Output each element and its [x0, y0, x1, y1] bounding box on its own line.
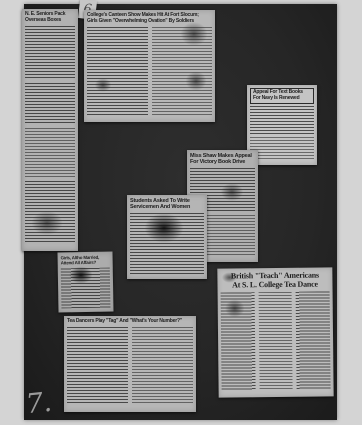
headline-line: For Navy Is Renewed	[253, 96, 311, 102]
body-text	[250, 137, 314, 159]
headline: N. E. Seniors Pack Overseas Boxes	[25, 12, 75, 24]
body-text	[87, 27, 148, 115]
clipping-students-write-servicemen: Students Asked To Write Servicemen And W…	[127, 195, 207, 279]
headline: British "Teach" Americans At S. L. Colle…	[220, 270, 329, 290]
handwritten-page-number: 7.	[25, 389, 53, 419]
body-text	[25, 128, 75, 178]
body-text	[296, 291, 331, 389]
headline: Appeal For Text Books For Navy Is Renewe…	[250, 88, 314, 104]
scrapbook-photo: { "scrapbook": { "page_number": "7.", "c…	[0, 0, 362, 425]
body-text	[221, 292, 256, 390]
headline-line: Servicemen And Women	[130, 204, 204, 210]
headline-line: At S. L. College Tea Dance	[220, 280, 329, 291]
body-text	[25, 83, 75, 125]
body-text	[152, 27, 213, 115]
headline-line: Tea Dancers Play "Tag" And "What's Your …	[67, 319, 193, 325]
body-text	[132, 327, 193, 405]
headline: Girls, Altho Married, Attend All Affairs…	[61, 255, 110, 266]
body-text	[130, 213, 204, 275]
clipping-tea-dancers-tag: Tea Dancers Play "Tag" And "What's Your …	[64, 316, 196, 412]
body-text	[61, 267, 111, 308]
headline: Miss Shaw Makes Appeal For Victory Book …	[190, 153, 255, 166]
headline-line: Attend All Affairs?	[61, 260, 110, 266]
headline-line: Girls Given "Overwhelming Ovation" By So…	[87, 19, 212, 25]
body-text	[25, 181, 75, 243]
clipping-girls-married: Girls, Altho Married, Attend All Affairs…	[57, 252, 113, 313]
clipping-british-tea-dance: British "Teach" Americans At S. L. Colle…	[217, 267, 333, 397]
headline: College's Canteen Show Makes Hit At Fort…	[87, 13, 212, 25]
body-text	[250, 106, 314, 134]
body-text	[67, 327, 128, 405]
body-text	[258, 292, 293, 390]
body-text	[25, 26, 75, 80]
headline: Students Asked To Write Servicemen And W…	[130, 198, 204, 211]
headline-line: For Victory Book Drive	[190, 159, 255, 165]
headline: Tea Dancers Play "Tag" And "What's Your …	[67, 319, 193, 325]
clipping-seniors-overseas-boxes: N. E. Seniors Pack Overseas Boxes	[22, 9, 78, 251]
headline-line: Overseas Boxes	[25, 18, 75, 24]
clipping-canteen-show: College's Canteen Show Makes Hit At Fort…	[84, 10, 215, 122]
